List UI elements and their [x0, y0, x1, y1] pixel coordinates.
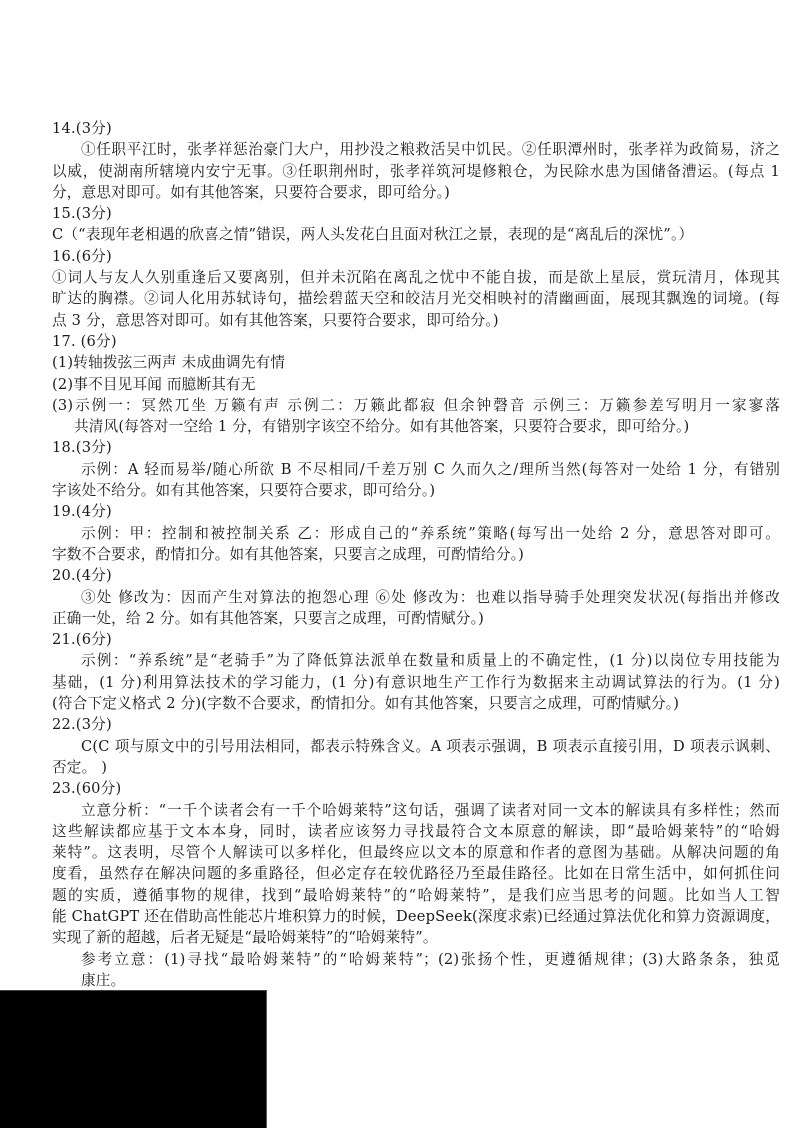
- question-17-answer-line: (1)转轴拨弦三两声 未成曲调先有情: [52, 352, 780, 373]
- question-23-reference-theme-line: 康庄。: [52, 970, 780, 991]
- question-16-scoring-note: 点 3 分，意思答对即可。如有其他答案，只要符合要求，即可给分。): [52, 310, 780, 331]
- question-17-answer-line: (2)事不目见耳闻 而臆断其有无: [52, 374, 780, 395]
- question-20-heading: 20.(4分): [52, 565, 780, 586]
- question-23-analysis-line: 度看，虽然存在解决问题的多重路径，但必定存在较优路径乃至最佳路径。比如在日常生活…: [52, 863, 780, 884]
- question-14-answer-line: ①任职平江时，张孝祥惩治豪门大户，用抄没之粮救活吴中饥民。②任职潭州时，张孝祥为…: [52, 139, 780, 160]
- question-22-heading: 22.(3分): [52, 714, 780, 735]
- question-14-scoring-note: 分，意思对即可。如有其他答案，只要符合要求，即可给分。): [52, 182, 780, 203]
- question-23-analysis-line: 题的实质，遵循事物的规律，找到“最哈姆莱特”的“哈姆莱特”，是我们应当思考的问题…: [52, 885, 780, 906]
- question-23-analysis-line: 实现了新的超越，后者无疑是“最哈姆莱特”的“哈姆莱特”。: [52, 927, 780, 948]
- question-22-answer-line: C(C 项与原文中的引号用法相同，都表示特殊含义。A 项表示强调，B 项表示直接…: [52, 736, 780, 757]
- question-21-answer-line: 基础，(1 分)利用算法技术的学习能力，(1 分)有意识地生产工作行为数据来主动…: [52, 672, 780, 693]
- question-19-answer-line: 示例：甲：控制和被控制关系 乙：形成自己的“养系统”策略(每写出一处给 2 分，…: [52, 523, 780, 544]
- question-23-analysis-line: 立意分析：“一千个读者会有一千个哈姆莱特”这句话，强调了读者对同一文本的解读具有…: [52, 800, 780, 821]
- question-21-heading: 21.(6分): [52, 629, 780, 650]
- question-17-heading: 17. (6分): [52, 331, 780, 352]
- question-23-analysis-line: 莱特”。这表明，尽管个人解读可以多样化，但最终应以文本的原意和作者的意图为基础。…: [52, 842, 780, 863]
- question-17-answer-line: (3)示例一：冥然兀坐 万籁有声 示例二：万籁此都寂 但余钟磬音 示例三：万籁参…: [52, 395, 780, 416]
- question-18-heading: 18.(3分): [52, 437, 780, 458]
- question-23-heading: 23.(60分): [52, 778, 780, 799]
- question-18-scoring-note: 字该处不给分。如有其他答案，只要符合要求，即可给分。): [52, 480, 780, 501]
- question-18-answer-line: 示例：A 轻而易举/随心所欲 B 不尽相同/千差万别 C 久而久之/理所当然(每…: [52, 459, 780, 480]
- question-16-answer-line: 旷达的胸襟。②词人化用苏轼诗句，描绘碧蓝天空和皎洁月光交相映衬的清幽画面，展现其…: [52, 288, 780, 309]
- question-20-scoring-note: 正确一处，给 2 分。如有其他答案，只要言之成理，可酌情赋分。): [52, 608, 780, 629]
- question-16-heading: 16.(6分): [52, 246, 780, 267]
- question-19-heading: 19.(4分): [52, 501, 780, 522]
- question-21-scoring-note: (符合下定义格式 2 分)(字数不合要求，酌情扣分。如有其他答案，只要言之成理，…: [52, 693, 780, 714]
- question-15-answer-line: C（“表现年老相遇的欣喜之情”错误，两人头发花白且面对秋江之景，表现的是“离乱后…: [52, 224, 780, 245]
- question-21-answer-line: 示例：“养系统”是“老骑手”为了降低算法派单在数量和质量上的不确定性，(1 分)…: [52, 650, 780, 671]
- question-15-heading: 15.(3分): [52, 203, 780, 224]
- question-23-reference-theme-line: 参考立意：(1)寻找“最哈姆莱特”的“哈姆莱特”；(2)张扬个性，更遵循规律；(…: [52, 949, 780, 970]
- question-14-heading: 14.(3分): [52, 118, 780, 139]
- question-22-answer-line: 否定。 ): [52, 757, 780, 778]
- question-23-analysis-line: 能 ChatGPT 还在借助高性能芯片堆积算力的时候，DeepSeek(深度求索…: [52, 906, 780, 927]
- answer-key-document: 14.(3分) ①任职平江时，张孝祥惩治豪门大户，用抄没之粮救活吴中饥民。②任职…: [52, 118, 780, 991]
- redaction-block: [0, 990, 267, 1128]
- question-14-answer-line: 以威，使湖南所辖境内安宁无事。③任职荆州时，张孝祥筑河堤修粮仓，为民除水患为国储…: [52, 161, 780, 182]
- question-17-scoring-note: 共清风(每答对一空给 1 分，有错别字该空不给分。如有其他答案，只要符合要求，即…: [52, 416, 780, 437]
- question-23-analysis-line: 这些解读都应基于文本本身，同时，读者应该努力寻找最符合文本原意的解读，即“最哈姆…: [52, 821, 780, 842]
- question-19-scoring-note: 字数不合要求，酌情扣分。如有其他答案，只要言之成理，可酌情给分。): [52, 544, 780, 565]
- question-16-answer-line: ①词人与友人久别重逢后又要离别，但并未沉陷在离乱之忧中不能自拔，而是欲上星辰，赏…: [52, 267, 780, 288]
- question-20-answer-line: ③处 修改为：因而产生对算法的抱怨心理 ⑥处 修改为：也难以指导骑手处理突发状况…: [52, 587, 780, 608]
